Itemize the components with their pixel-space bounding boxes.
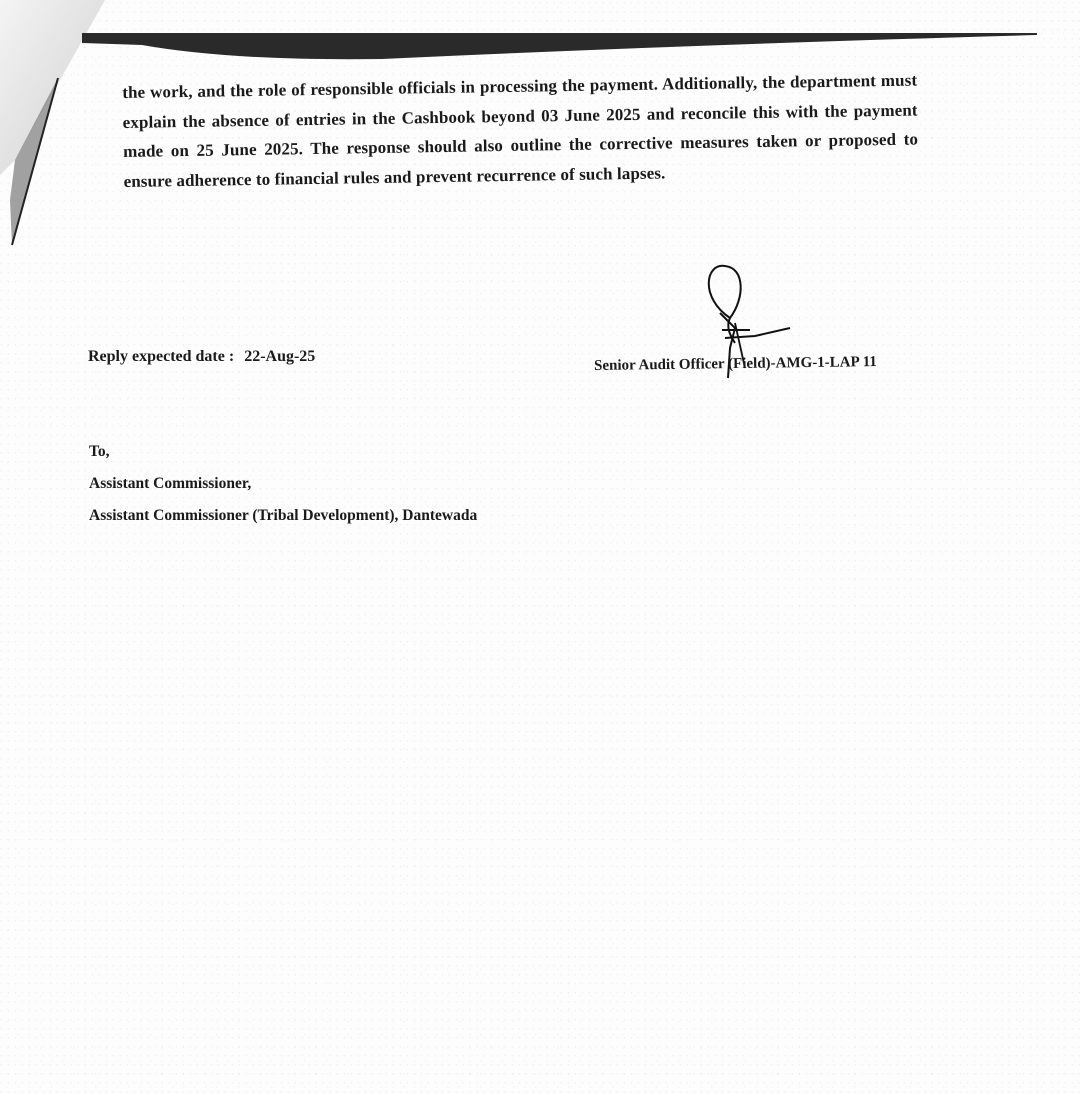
reply-expected-date: Reply expected date : 22-Aug-25 — [88, 348, 315, 366]
reply-date-value: 22-Aug-25 — [244, 348, 315, 365]
reply-date-label: Reply expected date : — [88, 348, 234, 365]
recipient-line-1: Assistant Commissioner, — [89, 468, 477, 500]
scanned-header-border — [82, 33, 1037, 61]
body-paragraph: the work, and the role of responsible of… — [122, 66, 919, 196]
signatory-title: Senior Audit Officer (Field)-AMG-1-LAP 1… — [594, 354, 877, 375]
salutation: To, — [89, 436, 477, 468]
recipient-address: To, Assistant Commissioner, Assistant Co… — [89, 436, 477, 532]
recipient-line-2: Assistant Commissioner (Tribal Developme… — [89, 500, 477, 532]
